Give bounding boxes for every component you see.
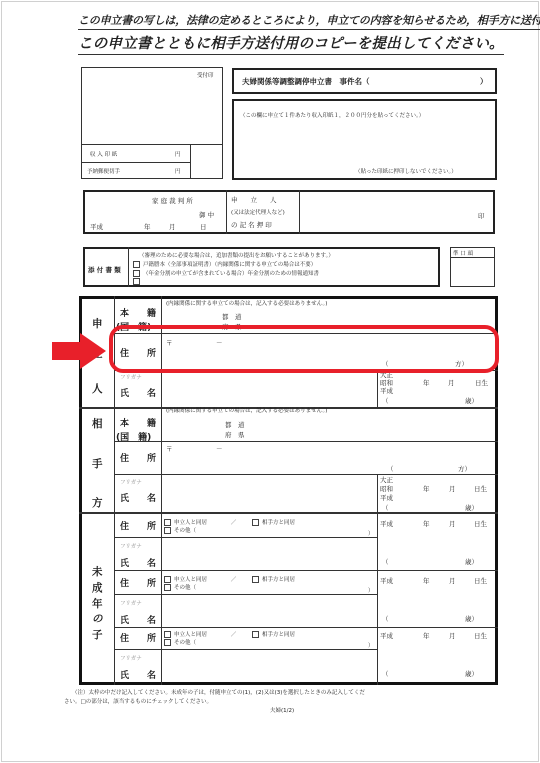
child-2-with-applicant-checkbox[interactable] xyxy=(164,576,171,583)
respondent-age-open: （ xyxy=(382,503,389,512)
child-3-birth-day: 日生 xyxy=(474,631,487,640)
child-1-other-input[interactable] xyxy=(205,525,369,536)
applicant-birth-year: 年 xyxy=(423,378,430,387)
child-3-other-checkbox[interactable] xyxy=(164,639,171,646)
child-3-name-label: 氏 名 xyxy=(120,668,156,681)
date-month: 月 xyxy=(169,222,176,231)
respondent-birth-month: 月 xyxy=(449,484,456,493)
child-3-era: 平成 xyxy=(380,631,393,640)
applicant-signature-field[interactable] xyxy=(304,195,473,231)
receipt-stamp-label: 受付印 xyxy=(197,71,214,79)
child-1-birthdate-input[interactable] xyxy=(382,528,496,552)
revenue-stamp-unit: 円 xyxy=(175,150,181,158)
child-1-age-close: 歳） xyxy=(465,557,478,566)
child-1-birth-day: 日生 xyxy=(474,519,487,528)
minors-section-char-2: 成 xyxy=(92,580,103,595)
child-1-birth-year: 年 xyxy=(423,519,430,528)
child-1-era: 平成 xyxy=(380,519,393,528)
child-1-other-checkbox[interactable] xyxy=(164,527,171,534)
minors-section-char-1: 未 xyxy=(92,564,103,579)
respondent-address-label: 住 所 xyxy=(120,451,156,464)
postage-label: 予納郵便切手 xyxy=(87,167,120,175)
respondent-honseki-note: (内縁関係に関する申立ての場合は，記入する必要はありません。) xyxy=(166,406,327,414)
stamp-note: （貼った印紙に押印しないでください。） xyxy=(355,167,457,175)
case-name-close: ） xyxy=(480,76,488,87)
respondent-todofuken-2: 府 県 xyxy=(225,430,245,439)
notice-line-1: この申立書の写しは，法律の定めるところにより，申立ての内容を知らせるため，相手方… xyxy=(78,12,540,30)
respondent-birth-year: 年 xyxy=(423,484,430,493)
child-2-other-input[interactable] xyxy=(205,582,369,593)
respondent-postal-mark: 〒 xyxy=(166,444,173,453)
applicant-todofuken-1: 都 道 xyxy=(222,312,242,321)
child-1-other-close: ） xyxy=(368,529,374,537)
child-3-other-input[interactable] xyxy=(205,637,369,648)
applicant-sign-label-1: 申 立 人 xyxy=(231,195,277,204)
applicant-age-close: 歳） xyxy=(465,396,478,405)
respondent-honseki-input[interactable] xyxy=(166,416,225,440)
date-day: 日 xyxy=(200,222,207,231)
applicant-birth-day: 日生 xyxy=(475,378,488,387)
child-3-options-line-2: その他（ xyxy=(164,638,196,646)
postage-unit: 円 xyxy=(175,167,181,175)
child-3-birth-year: 年 xyxy=(423,631,430,640)
child-3-furigana-label: フリガナ xyxy=(120,654,142,662)
applicant-sign-label-3: の 記 名 押 印 xyxy=(231,220,272,229)
respondent-address-input[interactable] xyxy=(175,452,379,472)
applicant-name-input[interactable] xyxy=(166,374,375,406)
revenue-stamp-label: 収 入 印 紙 xyxy=(90,150,117,158)
child-1-age-open: （ xyxy=(382,557,389,566)
footer-note-line-2: さい。□の部分は，該当するものにチェックしてください。 xyxy=(64,697,212,705)
junkou-label: 準 口 頭 xyxy=(453,249,473,257)
child-1-options-line-2: その他（ xyxy=(164,526,196,534)
child-2-birth-day: 日生 xyxy=(474,576,487,585)
child-3-address-label: 住 所 xyxy=(120,631,156,644)
child-3-birth-month: 月 xyxy=(449,631,456,640)
child-2-options-line-2: その他（ xyxy=(164,583,196,591)
attachment-checkbox-3[interactable] xyxy=(133,278,140,285)
child-3-with-applicant-checkbox[interactable] xyxy=(164,631,171,638)
child-2-other-close: ） xyxy=(368,586,374,594)
child-3-birthdate-input[interactable] xyxy=(382,640,496,664)
respondent-age-close: 歳） xyxy=(465,503,478,512)
minors-section-char-3: 年 xyxy=(92,596,103,611)
attachment-checkbox-2[interactable] xyxy=(133,270,140,277)
highlight-arrow-icon xyxy=(52,333,106,369)
respondent-name-input[interactable] xyxy=(166,478,375,512)
respondent-address-kata-close: 方） xyxy=(458,464,471,473)
applicant-era-3: 平成 xyxy=(380,386,393,395)
child-1-birth-month: 月 xyxy=(449,519,456,528)
applicant-furigana-label: フリガナ xyxy=(120,373,142,381)
case-name-input[interactable] xyxy=(375,73,479,90)
respondent-birth-day: 日生 xyxy=(474,484,487,493)
footer-note-line-1: （注）太枠の中だけ記入してください。未成年の子は，付随申立ての(1)，(2)又は… xyxy=(72,688,365,696)
child-2-age-open: （ xyxy=(382,614,389,623)
applicant-birth-month: 月 xyxy=(448,378,455,387)
respondent-honseki-label: 本 籍 xyxy=(120,416,156,429)
respondent-todofuken-1: 都 道 xyxy=(225,420,245,429)
respondent-name-label: 氏 名 xyxy=(120,491,156,504)
respondent-era-3: 平成 xyxy=(380,493,393,502)
respondent-section-char-3: 方 xyxy=(92,495,103,510)
attachment-item-2: （年金分割の申立てが含まれている場合）年金分割のための情報通知書 xyxy=(133,269,319,277)
minors-section-char-5: 子 xyxy=(92,627,103,642)
child-3-age-open: （ xyxy=(382,669,389,678)
child-2-address-label: 住 所 xyxy=(120,576,156,589)
child-1-address-label: 住 所 xyxy=(120,519,156,532)
applicant-honseki-label: 本 籍 xyxy=(120,306,156,319)
respondent-furigana-label: フリガナ xyxy=(120,478,142,486)
respondent-address-kata-open: （ xyxy=(387,464,394,473)
child-2-name-label: 氏 名 xyxy=(120,613,156,626)
applicant-section-char-3: 人 xyxy=(92,381,103,396)
notice-line-2: この申立書とともに相手方送付用のコピーを提出してください。 xyxy=(78,32,504,55)
applicant-age-open: （ xyxy=(382,396,389,405)
child-1-name-label: 氏 名 xyxy=(120,556,156,569)
date-year: 年 xyxy=(144,222,151,231)
application-title: 夫婦関係等調整調停申立書 事件名（ xyxy=(242,76,370,87)
respondent-era-1: 大正 xyxy=(380,475,393,484)
child-2-age-close: 歳） xyxy=(465,614,478,623)
child-2-era: 平成 xyxy=(380,576,393,585)
child-1-furigana-label: フリガナ xyxy=(120,542,142,550)
respondent-kokuseki-label: (国 籍) xyxy=(116,430,151,443)
child-3-name-input[interactable] xyxy=(166,653,375,681)
attachments-note: （審理のために必要な場合は，追加書類の提出をお願いすることがあります。） xyxy=(139,251,334,259)
child-1-with-applicant-checkbox[interactable] xyxy=(164,519,171,526)
child-2-birth-month: 月 xyxy=(449,576,456,585)
date-era: 平成 xyxy=(90,222,103,231)
applicant-honseki-note: (内縁関係に関する申立ての場合は，記入する必要はありません。) xyxy=(166,299,327,307)
minors-section-char-4: の xyxy=(92,611,103,626)
child-2-furigana-label: フリガナ xyxy=(120,599,142,607)
child-1-name-input[interactable] xyxy=(166,541,375,569)
child-3-other-close: ） xyxy=(368,641,374,649)
applicant-address-highlight xyxy=(109,325,499,373)
applicant-section-char-1: 申 xyxy=(92,316,103,331)
child-2-name-input[interactable] xyxy=(166,598,375,626)
stamp-instruction: （この欄に申立て１件あたり収入印紙１，２００円分を貼ってください。） xyxy=(240,111,424,119)
page-indicator: 夫婦(1/2) xyxy=(270,706,294,714)
onchu: 御 中 xyxy=(199,210,214,219)
respondent-section-char-2: 手 xyxy=(92,456,103,471)
seal-mark: 印 xyxy=(478,211,485,220)
court-label: 家 庭 裁 判 所 xyxy=(152,196,193,205)
respondent-section-char-1: 相 xyxy=(92,416,103,431)
applicant-name-label: 氏 名 xyxy=(120,386,156,399)
applicant-sign-label-2: (又は法定代理人など) xyxy=(231,208,285,216)
attachment-item-1: 戸籍謄本（全部事項証明書）（内縁関係に関する申立ての場合は不要） xyxy=(133,260,316,268)
child-2-birthdate-input[interactable] xyxy=(382,585,496,609)
respondent-era-2: 昭和 xyxy=(380,484,393,493)
child-2-other-checkbox[interactable] xyxy=(164,584,171,591)
attachments-label: 添 付 書 類 xyxy=(88,265,121,274)
child-3-age-close: 歳） xyxy=(465,669,478,678)
child-2-birth-year: 年 xyxy=(423,576,430,585)
attachment-checkbox-1[interactable] xyxy=(133,261,140,268)
attachment-item-3 xyxy=(133,278,143,285)
